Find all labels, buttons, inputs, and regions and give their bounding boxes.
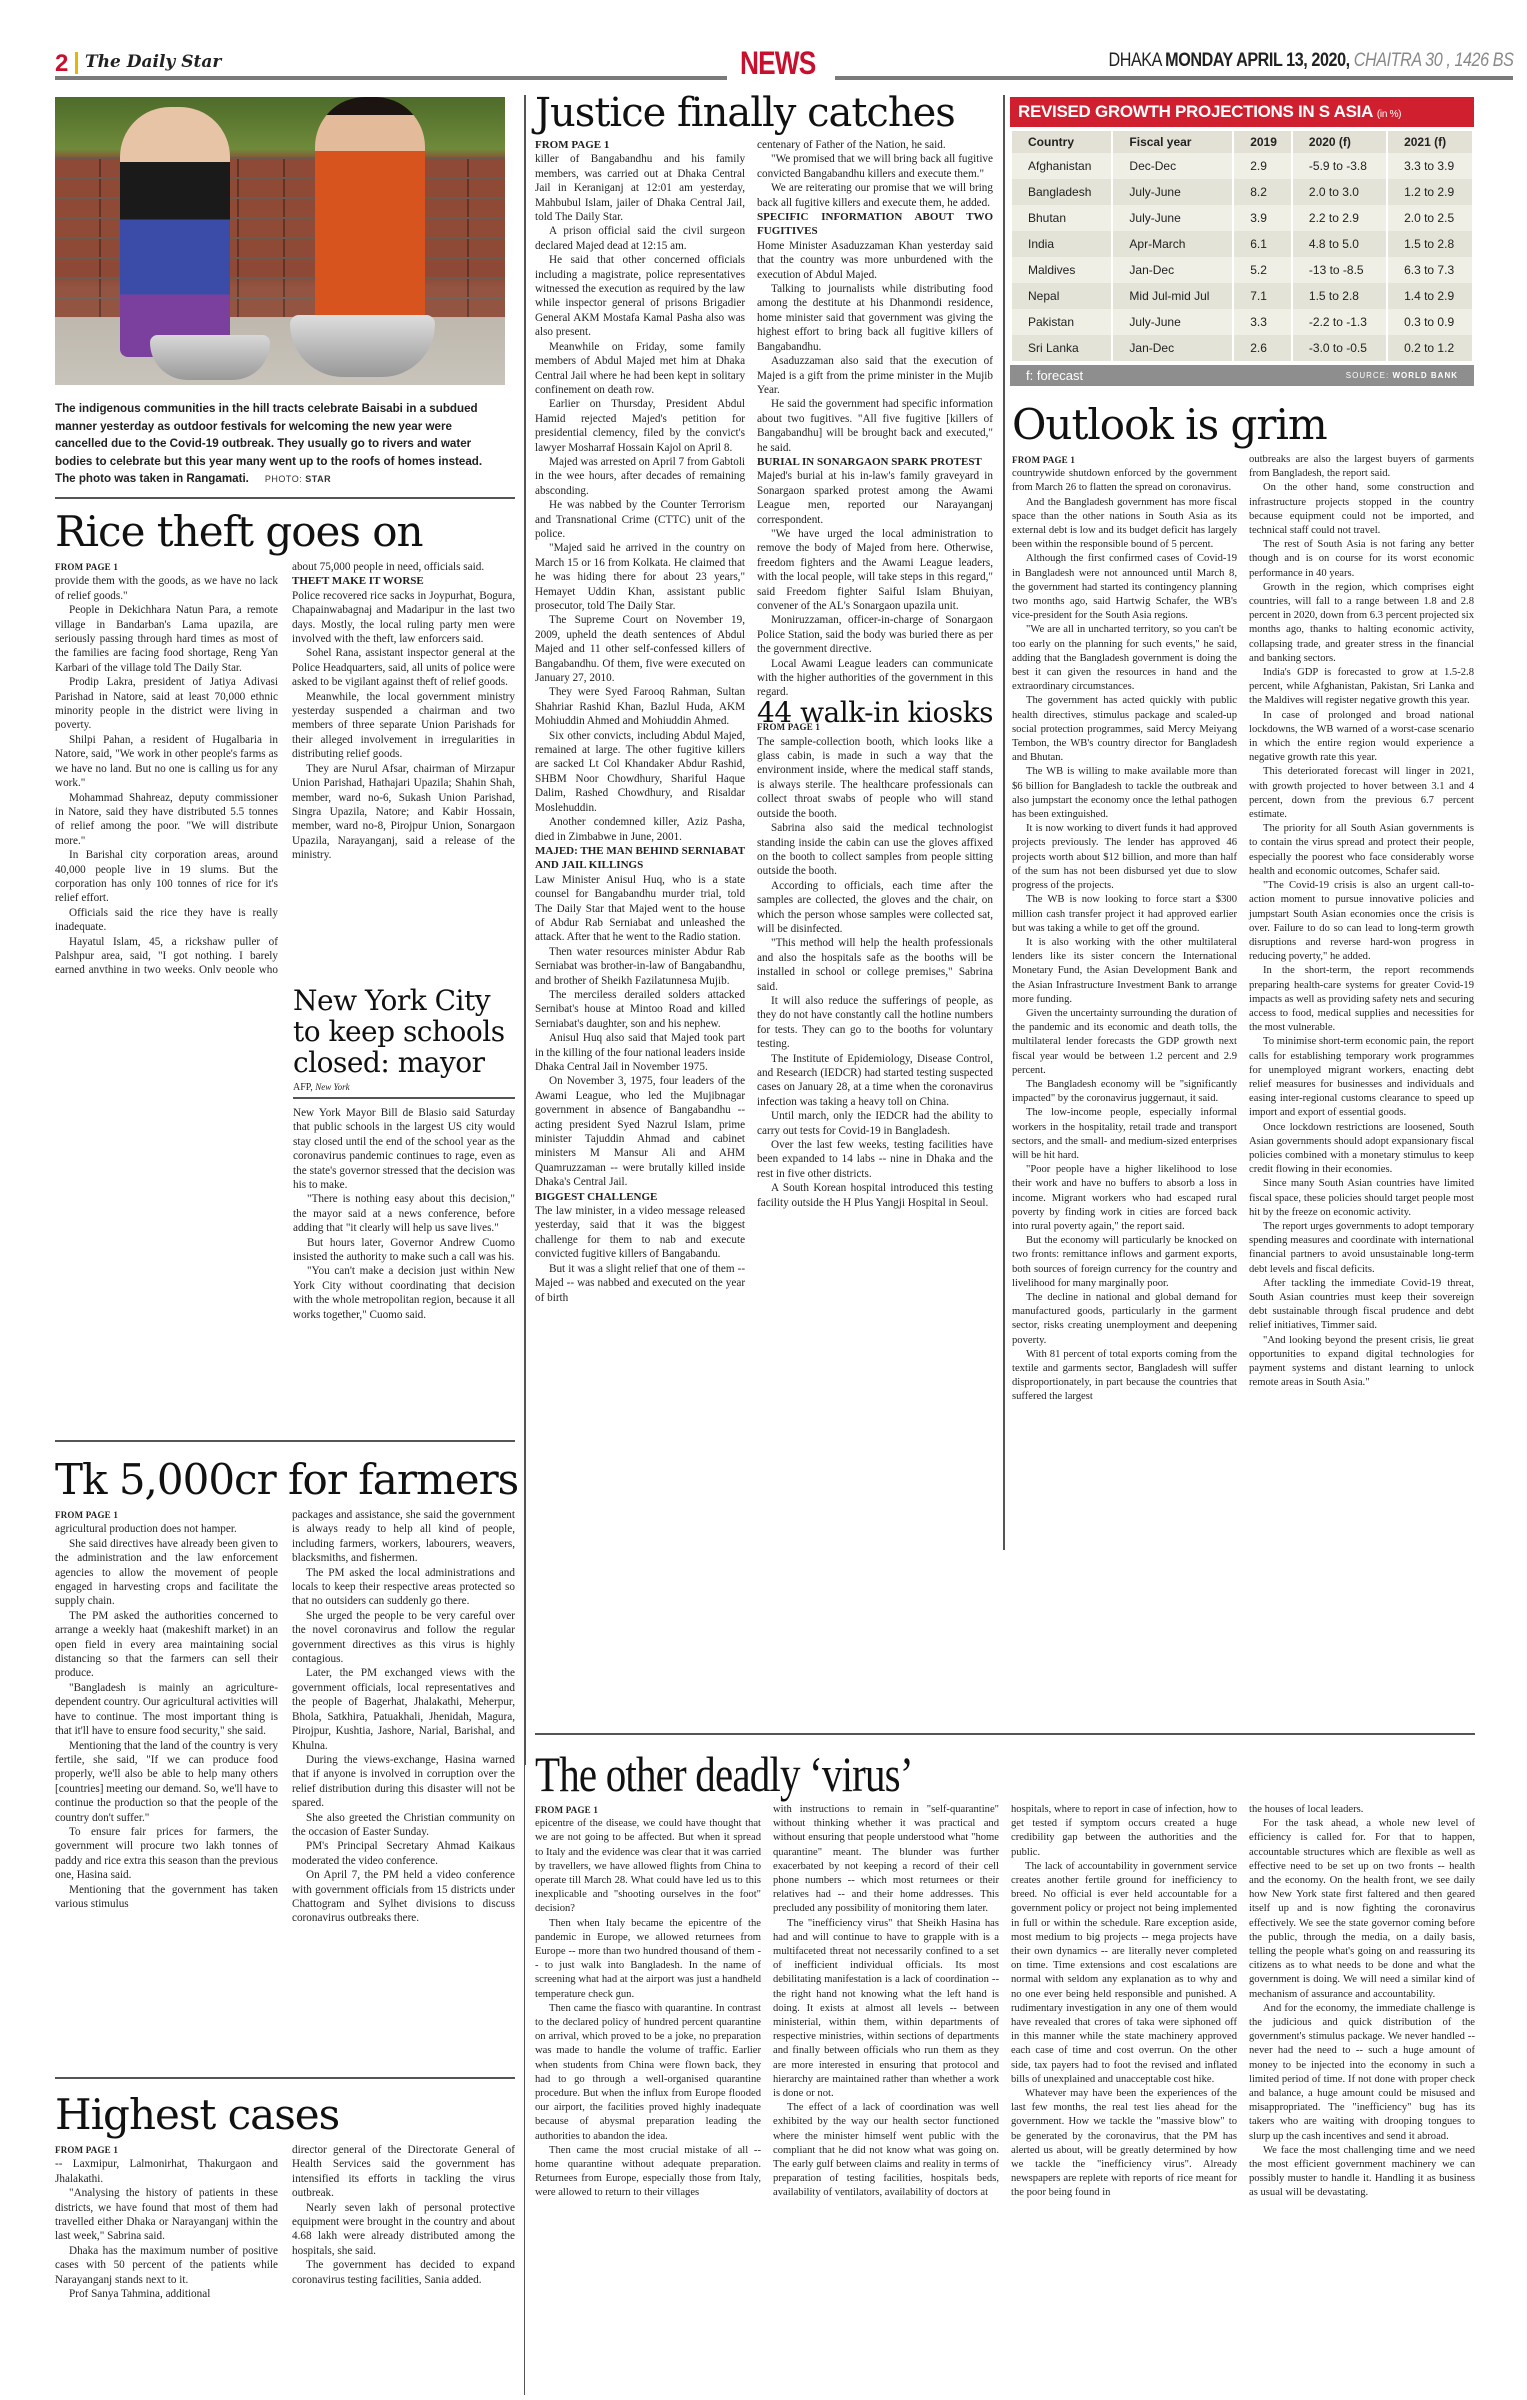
photo-woman-left xyxy=(120,107,230,357)
paragraph: Mohammad Shahreaz, deputy commissioner i… xyxy=(55,791,278,849)
cell: Bhutan xyxy=(1012,205,1111,231)
paragraph: The decline in national and global deman… xyxy=(1012,1291,1237,1348)
cell: India xyxy=(1012,231,1111,257)
paragraph: The PM asked the local administrations a… xyxy=(292,1566,515,1609)
paragraph: To minimise short-term economic pain, th… xyxy=(1249,1035,1474,1120)
paragraph: Dhaka has the maximum number of positive… xyxy=(55,2244,278,2287)
paragraph: The Bangladesh economy will be "signific… xyxy=(1012,1078,1237,1106)
dateline-date: MONDAY APRIL 13, 2020, xyxy=(1165,50,1350,71)
cell: 2.2 to 2.9 xyxy=(1293,205,1386,231)
paragraph: For the task ahead, a whole new level of… xyxy=(1249,1817,1475,2002)
cell: July-June xyxy=(1113,205,1232,231)
paragraph: Sohel Rana, assistant inspector general … xyxy=(292,646,515,689)
photo-credit: PHOTO: STAR xyxy=(265,474,331,484)
cell: 4.8 to 5.0 xyxy=(1293,231,1386,257)
article-column: FROM PAGE 1 agricultural production does… xyxy=(55,1508,278,2048)
column-rule xyxy=(524,95,526,1765)
paragraph: killer of Bangabandhu and his family mem… xyxy=(535,152,745,224)
headline: Outlook is grim xyxy=(1012,400,1474,449)
article-column: the houses of local leaders. For the tas… xyxy=(1249,1803,1475,2400)
cell: 1.4 to 2.9 xyxy=(1388,283,1472,309)
paragraph: The rest of South Asia is not faring any… xyxy=(1249,538,1474,581)
paragraph: "There is nothing easy about this decisi… xyxy=(293,1192,515,1235)
paragraph: The Supreme Court on November 19, 2009, … xyxy=(535,613,745,685)
article-column: about 75,000 people in need, officials s… xyxy=(292,560,515,973)
divider xyxy=(55,1440,515,1442)
paragraph: Home Minister Asaduzzaman Khan yesterday… xyxy=(757,239,993,282)
paragraph: Majed was arrested on April 7 from Gabto… xyxy=(535,455,745,498)
table-row: NepalMid Jul-mid Jul7.11.5 to 2.81.4 to … xyxy=(1012,283,1472,309)
paragraph: "We promised that we will bring back all… xyxy=(757,152,993,181)
paragraph: agricultural production does not hamper. xyxy=(55,1522,278,1536)
paragraph: Growth in the region, which comprises ei… xyxy=(1249,581,1474,666)
cell: 6.3 to 7.3 xyxy=(1388,257,1472,283)
column-header: 2021 (f) xyxy=(1388,131,1472,153)
paragraph: The Institute of Epidemiology, Disease C… xyxy=(757,1052,993,1110)
paragraph: Another condemned killer, Aziz Pasha, di… xyxy=(535,815,745,844)
table-row: IndiaApr-March6.14.8 to 5.01.5 to 2.8 xyxy=(1012,231,1472,257)
divider xyxy=(55,497,515,499)
from-page-label: FROM PAGE 1 xyxy=(55,1508,278,1522)
cell: Bangladesh xyxy=(1012,179,1111,205)
paragraph: "Analysing the history of patients in th… xyxy=(55,2186,278,2244)
paragraph: New York Mayor Bill de Blasio said Satur… xyxy=(293,1106,515,1192)
headline: Justice finally catches xyxy=(535,90,993,136)
paragraph: A prison official said the civil surgeon… xyxy=(535,224,745,253)
paragraph: He said that other concerned officials i… xyxy=(535,253,745,339)
paragraph: "Bangladesh is mainly an agriculture-dep… xyxy=(55,1681,278,1739)
paragraph: Given the uncertainty surrounding the du… xyxy=(1012,1007,1237,1078)
subheading: BIGGEST CHALLENGE xyxy=(535,1190,745,1204)
paragraph: Until march, only the IEDCR had the abil… xyxy=(757,1109,993,1138)
paragraph: The sample-collection booth, which looks… xyxy=(757,735,993,821)
cell: 3.9 xyxy=(1234,205,1291,231)
from-page-label: FROM PAGE 1 xyxy=(535,138,745,152)
cell: Maldives xyxy=(1012,257,1111,283)
paragraph: Local Awami League leaders can communica… xyxy=(757,657,993,700)
masthead-divider xyxy=(75,52,78,74)
paper-logo: The Daily Star xyxy=(85,52,221,72)
from-page-label: FROM PAGE 1 xyxy=(1012,453,1237,467)
cell: Mid Jul-mid Jul xyxy=(1113,283,1232,309)
table-source: SOURCE: WORLD BANK xyxy=(1346,371,1458,380)
paragraph: He said the government had specific info… xyxy=(757,397,993,455)
article-rice-theft: Rice theft goes on FROM PAGE 1 provide t… xyxy=(55,507,515,973)
paragraph: In case of prolonged and broad national … xyxy=(1249,709,1474,766)
paragraph: Then when Italy became the epicentre of … xyxy=(535,1917,761,2002)
cell: 2.9 xyxy=(1234,153,1291,179)
paragraph: Mentioning that the government has taken… xyxy=(55,1883,278,1912)
cell: Apr-March xyxy=(1113,231,1232,257)
dateline-bangla-date: CHAITRA 30 , 1426 BS xyxy=(1353,50,1513,71)
paragraph: The government has acted quickly with pu… xyxy=(1012,694,1237,765)
divider xyxy=(535,1733,1475,1735)
column-rule xyxy=(1003,95,1005,1550)
paragraph: Over the last few weeks, testing facilit… xyxy=(757,1138,993,1181)
paragraph: She urged the people to be very careful … xyxy=(292,1609,515,1667)
paragraph: And for the economy, the immediate chall… xyxy=(1249,2002,1475,2144)
paragraph: "Majed said he arrived in the country on… xyxy=(535,541,745,613)
paragraph: It is also working with the other multil… xyxy=(1012,936,1237,1007)
cell: Nepal xyxy=(1012,283,1111,309)
paragraph: After tackling the immediate Covid-19 th… xyxy=(1249,1277,1474,1334)
paragraph: Then came the most crucial mistake of al… xyxy=(535,2144,761,2201)
photo-caption-text: The indigenous communities in the hill t… xyxy=(55,402,482,485)
masthead: 2 The Daily Star NEWS DHAKA MONDAY APRIL… xyxy=(55,48,1513,78)
subheading: BURIAL IN SONARGAON SPARK PROTEST xyxy=(757,455,993,469)
paragraph: Asaduzzaman also said that the execution… xyxy=(757,354,993,397)
article-column: FROM PAGE 1 epicentre of the disease, we… xyxy=(535,1803,761,2400)
paragraph: According to officials, each time after … xyxy=(757,879,993,937)
subheading: MAJED: THE MAN BEHIND SERNIABAT AND JAIL… xyxy=(535,844,745,873)
table-row: MaldivesJan-Dec5.2-13 to -8.56.3 to 7.3 xyxy=(1012,257,1472,283)
masthead-rule-right xyxy=(835,76,1513,80)
paragraph: In the short-term, the report recommends… xyxy=(1249,964,1474,1035)
paragraph: "We have urged the local administration … xyxy=(757,527,993,613)
paragraph: Nearly seven lakh of personal protective… xyxy=(292,2201,515,2259)
headline: New York City to keep schools closed: ma… xyxy=(293,985,515,1078)
cell: 1.2 to 2.9 xyxy=(1388,179,1472,205)
paragraph: "We are all in uncharted territory, so y… xyxy=(1012,623,1237,694)
cell: Afghanistan xyxy=(1012,153,1111,179)
article-column: centenary of Father of the Nation, he sa… xyxy=(757,138,993,1578)
paragraph: Since many South Asian countries have li… xyxy=(1249,1177,1474,1220)
photo-woman-right xyxy=(315,97,425,322)
paragraph: On April 7, the PM held a video conferen… xyxy=(292,1868,515,1926)
paragraph: Law Minister Anisul Huq, who is a state … xyxy=(535,873,745,945)
cell: Pakistan xyxy=(1012,309,1111,335)
paragraph: During the views-exchange, Hasina warned… xyxy=(292,1753,515,1811)
paragraph: The PM asked the authorities concerned t… xyxy=(55,1609,278,1681)
cell: July-June xyxy=(1113,179,1232,205)
article-farmers: Tk 5,000cr for farmers FROM PAGE 1 agric… xyxy=(55,1455,515,2048)
paragraph: Majed's burial at his in-law's family gr… xyxy=(757,469,993,527)
paragraph: With 81 percent of total exports coming … xyxy=(1012,1348,1237,1405)
paragraph: They were Syed Farooq Rahman, Sultan Sha… xyxy=(535,685,745,728)
article-column: with instructions to remain in "self-qua… xyxy=(773,1803,999,2400)
headline: Rice theft goes on xyxy=(55,507,515,556)
table-title: REVISED GROWTH PROJECTIONS IN S ASIA xyxy=(1018,102,1372,121)
paragraph: But the economy will particularly be kno… xyxy=(1012,1234,1237,1291)
cell: 3.3 to 3.9 xyxy=(1388,153,1472,179)
cell: 3.3 xyxy=(1234,309,1291,335)
paragraph: The lack of accountability in government… xyxy=(1011,1860,1237,2087)
cell: 0.2 to 1.2 xyxy=(1388,335,1472,361)
paragraph: Whatever may have been the experiences o… xyxy=(1011,2087,1237,2201)
paragraph: The law minister, in a video message rel… xyxy=(535,1204,745,1262)
photo-caption: The indigenous communities in the hill t… xyxy=(55,400,505,489)
table-header-row: Country Fiscal year 2019 2020 (f) 2021 (… xyxy=(1012,131,1472,153)
article-column: FROM PAGE 1 countrywide shutdown enforce… xyxy=(1012,453,1237,1565)
paragraph: In Barishal city corporation areas, arou… xyxy=(55,848,278,906)
paragraph: It is now working to divert funds it had… xyxy=(1012,822,1237,893)
photo-basin-right xyxy=(290,315,435,377)
table-footer: f: forecast SOURCE: WORLD BANK xyxy=(1010,365,1474,386)
photo-credit-source: STAR xyxy=(305,474,331,484)
paragraph: The WB is now looking to force start a $… xyxy=(1012,893,1237,936)
table-row: BhutanJuly-June3.92.2 to 2.92.0 to 2.5 xyxy=(1012,205,1472,231)
cell: 5.2 xyxy=(1234,257,1291,283)
column-header: Country xyxy=(1012,131,1111,153)
paragraph: The government has decided to expand cor… xyxy=(292,2258,515,2287)
paragraph: On November 3, 1975, four leaders of the… xyxy=(535,1074,745,1189)
article-nyc-schools: New York City to keep schools closed: ma… xyxy=(293,985,515,1322)
article-walk-in-kiosks: 44 walk-in kiosks FROM PAGE 1 The sample… xyxy=(757,706,993,1210)
article-justice-finally-catches: Justice finally catches FROM PAGE 1 kill… xyxy=(535,90,993,1578)
byline-dateline: New York xyxy=(315,1082,349,1092)
cell: 8.2 xyxy=(1234,179,1291,205)
paragraph: She also greeted the Christian community… xyxy=(292,1811,515,1840)
paragraph: This deteriorated forecast will linger i… xyxy=(1249,765,1474,822)
paragraph: the houses of local leaders. xyxy=(1249,1803,1475,1817)
subheading: THEFT MAKE IT WORSE xyxy=(292,574,515,588)
paragraph: "And looking beyond the present crisis, … xyxy=(1249,1334,1474,1391)
paragraph: Hayatul Islam, 45, a rickshaw puller of … xyxy=(55,935,278,973)
paragraph: But hours later, Governor Andrew Cuomo i… xyxy=(293,1236,515,1265)
headline-line: to keep schools xyxy=(293,1015,505,1048)
paragraph: We are reiterating our promise that we w… xyxy=(757,181,993,210)
byline-agency: AFP, xyxy=(293,1082,313,1093)
paragraph: Mentioning that the land of the country … xyxy=(55,1739,278,1825)
cell: 1.5 to 2.8 xyxy=(1388,231,1472,257)
paragraph: countrywide shutdown enforced by the gov… xyxy=(1012,467,1237,495)
table: Country Fiscal year 2019 2020 (f) 2021 (… xyxy=(1010,131,1474,361)
paragraph: Then water resources minister Abdur Rab … xyxy=(535,945,745,988)
paragraph: Meanwhile on Friday, some family members… xyxy=(535,340,745,398)
cell: 0.3 to 0.9 xyxy=(1388,309,1472,335)
paragraph: The "inefficiency virus" that Sheikh Has… xyxy=(773,1917,999,2102)
from-page-label: FROM PAGE 1 xyxy=(535,1803,761,1817)
paragraph: But it was a slight relief that one of t… xyxy=(535,1262,745,1305)
paragraph: Moniruzzaman, officer-in-charge of Sonar… xyxy=(757,613,993,656)
paragraph: Six other convicts, including Abdul Maje… xyxy=(535,729,745,815)
headline: 44 walk-in kiosks xyxy=(757,706,993,720)
table-row: AfghanistanDec-Dec2.9-5.9 to -3.83.3 to … xyxy=(1012,153,1472,179)
paragraph: Later, the PM exchanged views with the g… xyxy=(292,1666,515,1752)
forecast-note: f: forecast xyxy=(1026,368,1083,383)
article-column: director general of the Directorate Gene… xyxy=(292,2143,515,2301)
paragraph: PM's Principal Secretary Ahmad Kaikaus m… xyxy=(292,1839,515,1868)
photo-basin-left xyxy=(150,335,270,380)
headline-line: New York City xyxy=(293,984,490,1017)
paragraph: Sabrina also said the medical technologi… xyxy=(757,821,993,879)
source-name: WORLD BANK xyxy=(1392,371,1458,380)
headline: Tk 5,000cr for farmers xyxy=(55,1455,515,1504)
article-column: FROM PAGE 1 killer of Bangabandhu and hi… xyxy=(535,138,745,1578)
from-page-label: FROM PAGE 1 xyxy=(55,2143,278,2157)
paragraph: To ensure fair prices for farmers, the g… xyxy=(55,1825,278,1883)
dateline: DHAKA MONDAY APRIL 13, 2020, CHAITRA 30 … xyxy=(1108,50,1513,72)
cell: -2.2 to -1.3 xyxy=(1293,309,1386,335)
growth-projections-table: REVISED GROWTH PROJECTIONS IN S ASIA (in… xyxy=(1010,97,1474,386)
cell: 1.5 to 2.8 xyxy=(1293,283,1386,309)
baisabi-photo xyxy=(55,97,505,385)
article-highest-cases: Highest cases FROM PAGE 1 -- Laxmipur, L… xyxy=(55,2090,515,2301)
table-row: BangladeshJuly-June8.22.0 to 3.01.2 to 2… xyxy=(1012,179,1472,205)
paragraph: Earlier on Thursday, President Abdul Ham… xyxy=(535,397,745,455)
from-page-label: FROM PAGE 1 xyxy=(55,560,278,574)
paragraph: A South Korean hospital introduced this … xyxy=(757,1181,993,1210)
paragraph: "You can't make a decision just within N… xyxy=(293,1264,515,1322)
article-outlook-is-grim: Outlook is grim FROM PAGE 1 countrywide … xyxy=(1012,400,1474,1565)
column-rule xyxy=(524,1765,525,2395)
cell: -5.9 to -3.8 xyxy=(1293,153,1386,179)
cell: 2.6 xyxy=(1234,335,1291,361)
paragraph: Then came the fiasco with quarantine. In… xyxy=(535,2002,761,2144)
paragraph: People in Dekichhara Natun Para, a remot… xyxy=(55,603,278,675)
paragraph: Prof Sanya Tahmina, additional xyxy=(55,2287,278,2301)
paragraph: It will also reduce the sufferings of pe… xyxy=(757,994,993,1052)
headline: Highest cases xyxy=(55,2090,515,2139)
paragraph: director general of the Directorate Gene… xyxy=(292,2143,515,2201)
paragraph: about 75,000 people in need, officials s… xyxy=(292,560,515,574)
paragraph: with instructions to remain in "self-qua… xyxy=(773,1803,999,1917)
article-column: FROM PAGE 1 -- Laxmipur, Lalmonirhat, Th… xyxy=(55,2143,278,2301)
paragraph: hospitals, where to report in case of in… xyxy=(1011,1803,1237,1860)
cell: 2.0 to 3.0 xyxy=(1293,179,1386,205)
cell: Dec-Dec xyxy=(1113,153,1232,179)
paragraph: provide them with the goods, as we have … xyxy=(55,574,278,603)
paragraph: "Poor people have a higher likelihood to… xyxy=(1012,1163,1237,1234)
paragraph: He was nabbed by the Counter Terrorism a… xyxy=(535,498,745,541)
paragraph: The merciless derailed solders attacked … xyxy=(535,988,745,1031)
table-title-bar: REVISED GROWTH PROJECTIONS IN S ASIA (in… xyxy=(1010,97,1474,127)
paragraph: Talking to journalists while distributin… xyxy=(757,282,993,354)
cell: July-June xyxy=(1113,309,1232,335)
paragraph: Anisul Huq also said that Majed took par… xyxy=(535,1031,745,1074)
paragraph: epicentre of the disease, we could have … xyxy=(535,1817,761,1916)
cell: -3.0 to -0.5 xyxy=(1293,335,1386,361)
headline-line: closed: mayor xyxy=(293,1046,485,1079)
paragraph: The report urges governments to adopt te… xyxy=(1249,1220,1474,1277)
paragraph: India's GDP is forecasted to grow at 1.5… xyxy=(1249,666,1474,709)
article-column: New York Mayor Bill de Blasio said Satur… xyxy=(293,1106,515,1322)
table-row: PakistanJuly-June3.3-2.2 to -1.30.3 to 0… xyxy=(1012,309,1472,335)
table-row: Sri LankaJan-Dec2.6-3.0 to -0.50.2 to 1.… xyxy=(1012,335,1472,361)
paragraph: packages and assistance, she said the go… xyxy=(292,1508,515,1566)
paragraph: We face the most challenging time and we… xyxy=(1249,2144,1475,2201)
column-header: Fiscal year xyxy=(1113,131,1232,153)
cell: Jan-Dec xyxy=(1113,257,1232,283)
paragraph: Prodip Lakra, president of Jatiya Adivas… xyxy=(55,675,278,733)
byline: AFP, New York xyxy=(293,1082,515,1099)
paragraph: And the Bangladesh government has more f… xyxy=(1012,496,1237,553)
paragraph: She said directives have already been gi… xyxy=(55,1537,278,1609)
dateline-city: DHAKA xyxy=(1108,50,1161,71)
article-other-deadly-virus: The other deadly ‘virus’ FROM PAGE 1 epi… xyxy=(535,1745,1475,2400)
cell: 6.1 xyxy=(1234,231,1291,257)
subheading: SPECIFIC INFORMATION ABOUT TWO FUGITIVES xyxy=(757,210,993,239)
headline: The other deadly ‘virus’ xyxy=(535,1745,1306,1803)
cell: Sri Lanka xyxy=(1012,335,1111,361)
paragraph: Shilpi Pahan, a resident of Hugalbaria i… xyxy=(55,733,278,791)
cell: 7.1 xyxy=(1234,283,1291,309)
column-header: 2019 xyxy=(1234,131,1291,153)
paragraph: Although the first confirmed cases of Co… xyxy=(1012,552,1237,623)
article-column: outbreaks are also the largest buyers of… xyxy=(1249,453,1474,1565)
paragraph: The effect of a lack of coordination was… xyxy=(773,2101,999,2200)
photo-credit-label: PHOTO: xyxy=(265,474,302,484)
cell: Jan-Dec xyxy=(1113,335,1232,361)
section-label: NEWS xyxy=(740,45,815,82)
paragraph: Once lockdown restrictions are loosened,… xyxy=(1249,1121,1474,1178)
paragraph: -- Laxmipur, Lalmonirhat, Thakurgaon and… xyxy=(55,2157,278,2186)
masthead-rule-left xyxy=(55,76,727,80)
paragraph: They are Nurul Afsar, chairman of Mirzap… xyxy=(292,762,515,863)
article-column: FROM PAGE 1 provide them with the goods,… xyxy=(55,560,278,973)
table-unit: (in %) xyxy=(1377,109,1401,120)
paragraph: centenary of Father of the Nation, he sa… xyxy=(757,138,993,152)
paragraph: "The Covid-19 crisis is also an urgent c… xyxy=(1249,879,1474,964)
paragraph: outbreaks are also the largest buyers of… xyxy=(1249,453,1474,481)
cell: 2.0 to 2.5 xyxy=(1388,205,1472,231)
paragraph: The priority for all South Asian governm… xyxy=(1249,822,1474,879)
article-column: packages and assistance, she said the go… xyxy=(292,1508,515,2048)
divider xyxy=(55,2077,515,2079)
paragraph: Meanwhile, the local government ministry… xyxy=(292,690,515,762)
column-header: 2020 (f) xyxy=(1293,131,1386,153)
cell: -13 to -8.5 xyxy=(1293,257,1386,283)
source-label: SOURCE: xyxy=(1346,371,1389,380)
paragraph: Officials said the rice they have is rea… xyxy=(55,906,278,935)
paragraph: "This method will help the health profes… xyxy=(757,936,993,994)
article-column: hospitals, where to report in case of in… xyxy=(1011,1803,1237,2400)
paragraph: Police recovered rice sacks in Joypurhat… xyxy=(292,589,515,647)
paragraph: The low-income people, especially inform… xyxy=(1012,1106,1237,1163)
paragraph: The WB is willing to make available more… xyxy=(1012,765,1237,822)
paragraph: On the other hand, some construction and… xyxy=(1249,481,1474,538)
page-number: 2 xyxy=(55,50,68,78)
